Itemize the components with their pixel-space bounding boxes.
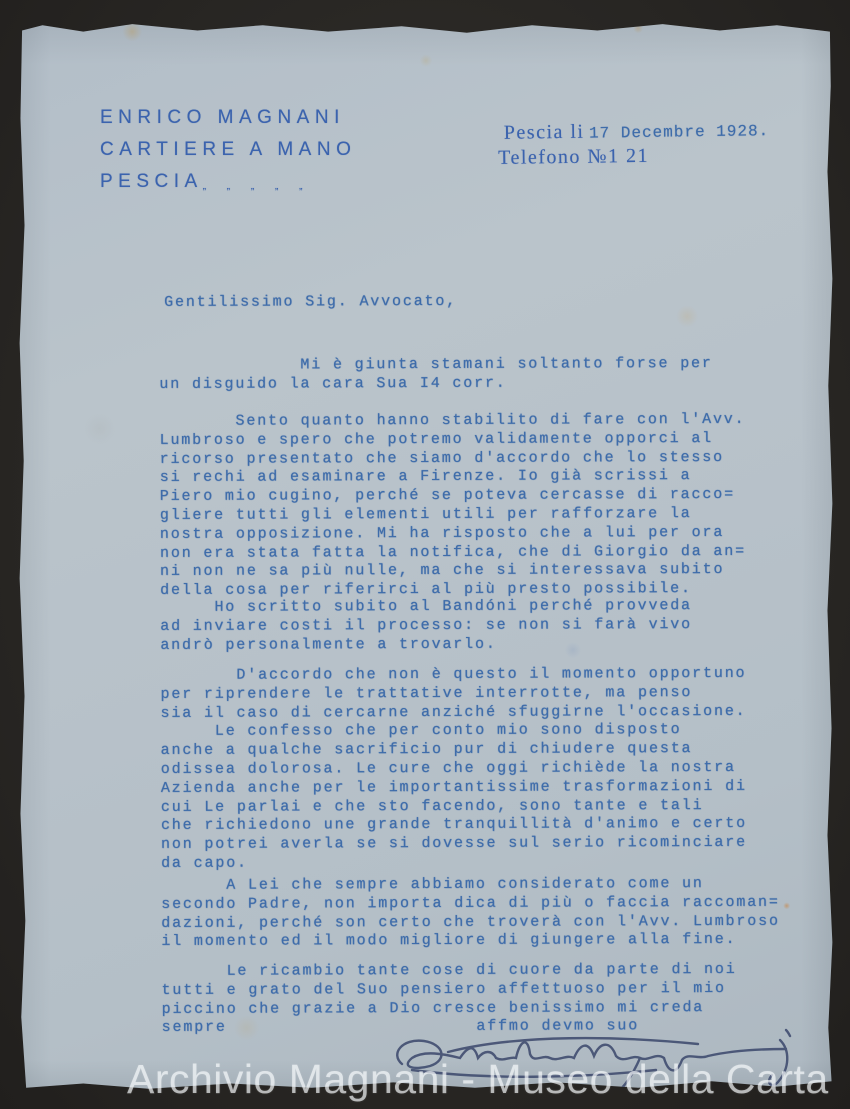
archive-watermark: Archivio Magnani - Museo della Carta [127,1056,829,1103]
letter-paragraph-2: Sento quanto hanno stabilito di fare con… [159,411,746,601]
salutation: Gentilissimo Sig. Avvocato, [164,293,457,313]
letter-paragraph-1: Mi è giunta stamani soltanto forse per u… [159,355,713,395]
letter-paragraph-4: D'accordo che non è questo il momento op… [160,665,747,874]
letter-body: Gentilissimo Sig. Avvocato, Mi è giunta … [16,21,836,1094]
letter-paragraph-5: A Lei che sempre abbiamo considerato com… [161,875,780,952]
scanned-letter-page: { "letterhead": { "line1": "ENRICO MAGNA… [0,0,850,1109]
letter-paper: ENRICO MAGNANI CARTIERE A MANO PESCIA„ „… [18,22,834,1092]
letter-paragraph-3: Ho scritto subito al Bandóni perché prov… [160,597,692,655]
